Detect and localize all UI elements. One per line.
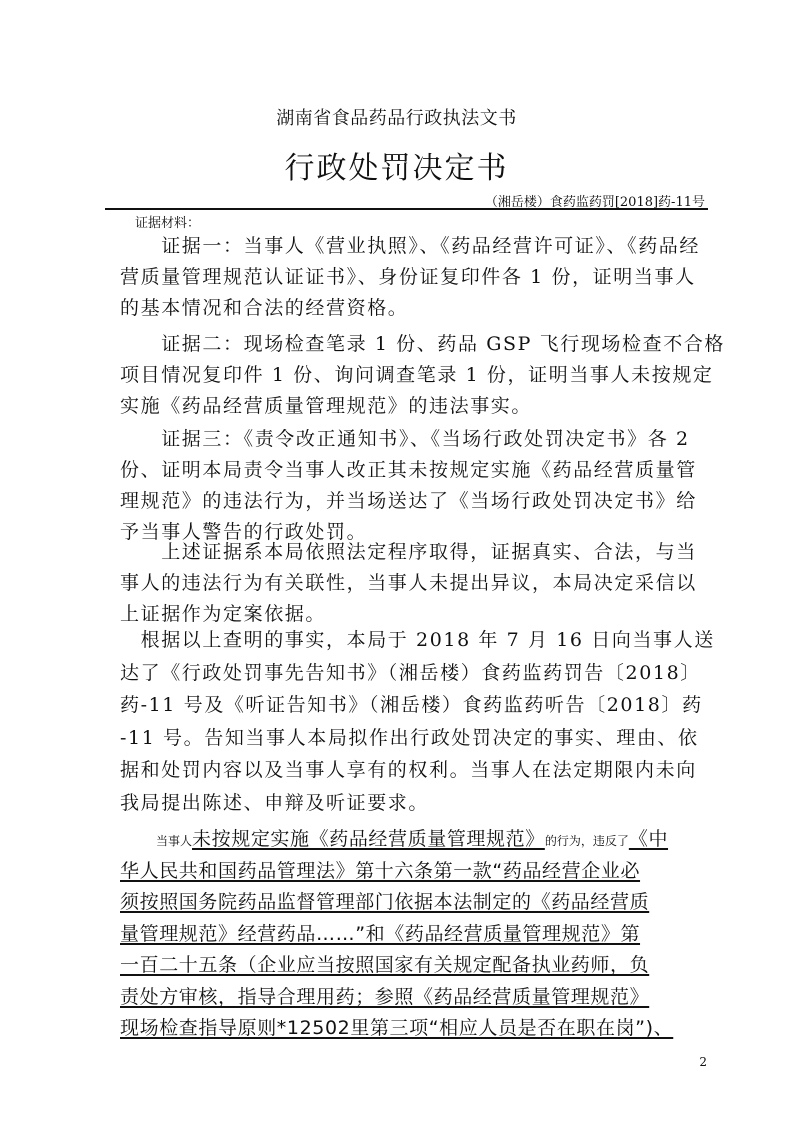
text-line: 根据以上查明的事实，本局于 2018 年 7 月 16 日向当事人送 [120,624,710,657]
evidence-label: 证据材料： [135,212,200,231]
violation-prefix: 当事人 [156,834,192,848]
evidence-2-paragraph: 证据二：现场检查笔录 1 份、药品 GSP 飞行现场检查不合格 项目情况复印件 … [120,329,710,422]
text-line: 我局提出陈述、申辩及听证要求。 [120,787,710,820]
text-line: 份、证明本局责令当事人改正其未按规定实施《药品经营质量管 [120,455,710,486]
text-line: 达了《行政处罚事先告知书》（湘岳楼）食药监药罚告〔2018〕 [120,657,710,690]
text-line: 当事人未按规定实施《药品经营质量管理规范》的行为，违反了《中 [120,824,710,856]
document-title: 行政处罚决定书 [0,143,793,187]
text-line: 证据一：当事人《营业执照》、《药品经营许可证》、《药品经 [120,231,710,262]
violated-law-line: 华人民共和国药品管理法》第十六条第一款“药品经营企业必 [120,856,710,888]
evidence-1-paragraph: 证据一：当事人《营业执照》、《药品经营许可证》、《药品经 营质量管理规范认证证书… [120,231,710,324]
text-line: 的基本情况和合法的经营资格。 [120,293,710,324]
text-line: 实施《药品经营质量管理规范》的违法事实。 [120,391,710,422]
text-line: 事人的违法行为有关联性，当事人未提出异议，本局决定采信以 [120,568,710,599]
text-line: -11 号。告知当事人本局拟作出行政处罚决定的事实、理由、依 [120,722,710,755]
violated-law-line: 责处方审核，指导合理用药；参照《药品经营质量管理规范》 [120,982,710,1014]
text-line: 证据二：现场检查笔录 1 份、药品 GSP 飞行现场检查不合格 [120,329,710,360]
violation-mid: 的行为，违反了 [545,834,629,848]
header-divider [105,208,708,210]
text-line: 理规范》的违法行为，并当场送达了《当场行政处罚决定书》给 [120,486,710,517]
document-subtitle: 湖南省食品药品行政执法文书 [0,104,793,130]
violated-law-line: 现场检查指导原则*12502里第三项“相应人员是否在职在岗”)、 [120,1013,710,1045]
violated-law-line: 一百二十五条（企业应当按照国家有关规定配备执业药师，负 [120,950,710,982]
text-line: 营质量管理规范认证证书》、身份证复印件各 1 份，证明当事人 [120,262,710,293]
facts-paragraph: 根据以上查明的事实，本局于 2018 年 7 月 16 日向当事人送 达了《行政… [120,624,710,819]
violation-paragraph: 当事人未按规定实施《药品经营质量管理规范》的行为，违反了《中 华人民共和国药品管… [120,824,710,1045]
violated-law-line: 须按照国务院药品监督管理部门依据本法制定的《药品经营质 [120,887,710,919]
evidence-3-paragraph: 证据三：《责令改正通知书》、《当场行政处罚决定书》各 2 份、证明本局责令当事人… [120,424,710,548]
text-line: 项目情况复印件 1 份、询问调查笔录 1 份，证明当事人未按规定 [120,360,710,391]
text-line: 药-11 号及《听证告知书》（湘岳楼）食药监药听告〔2018〕药 [120,689,710,722]
text-line: 证据三：《责令改正通知书》、《当场行政处罚决定书》各 2 [120,424,710,455]
text-line: 上述证据系本局依照法定程序取得，证据真实、合法，与当 [120,537,710,568]
violated-law-start: 《中 [629,828,668,850]
violated-law-line: 量管理规范》经营药品……”和《药品经营质量管理规范》第 [120,919,710,951]
violation-act: 未按规定实施《药品经营质量管理规范》 [192,828,545,850]
page-number: 2 [699,1055,707,1069]
evidence-summary-paragraph: 上述证据系本局依照法定程序取得，证据真实、合法，与当 事人的违法行为有关联性，当… [120,537,710,630]
text-line: 据和处罚内容以及当事人享有的权利。当事人在法定期限内未向 [120,754,710,787]
